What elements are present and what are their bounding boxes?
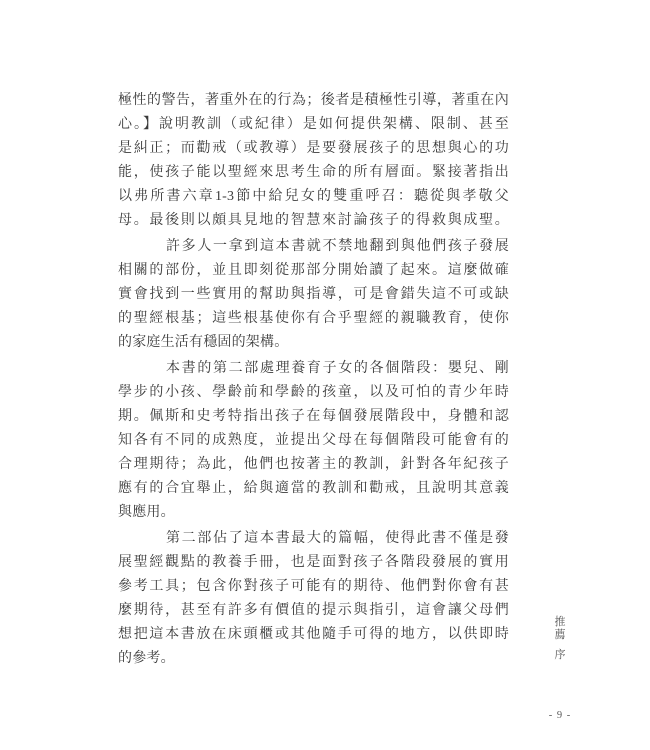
- text-line: 的家庭生活有穩固的架構。: [118, 331, 509, 355]
- text-line: 第二部佔了這本書最大的篇幅，使得此書不僅是發: [118, 527, 509, 551]
- text-line: 極性的警告，著重外在的行為；後者是積極性引導，著重在內: [118, 89, 509, 113]
- text-line: 知各有不同的成熟度，並提出父母在每個階段可能會有的: [118, 429, 509, 453]
- text-line: 能，使孩子能以聖經來思考生命的所有層面。緊接著指出: [118, 161, 509, 185]
- text-line: 參考工具；包含你對孩子可能有的期待、他們對你會有甚: [118, 575, 509, 599]
- page-number: - 9 -: [538, 710, 582, 721]
- text-line: 應有的合宜舉止，給與適當的教訓和勸戒，且說明其意義: [118, 477, 509, 501]
- paragraph: 許多人一拿到這本書就不禁地翻到與他們孩子發展相關的部份，並且即刻從那部分開始讀了…: [118, 235, 509, 355]
- text-line: 許多人一拿到這本書就不禁地翻到與他們孩子發展: [118, 235, 509, 259]
- text-line: 以弗所書六章1-3節中給兒女的雙重呼召：聽從與孝敬父: [118, 185, 509, 209]
- text-line: 學步的小孩、學齡前和學齡的孩童，以及可怕的青少年時: [118, 381, 509, 405]
- text-line: 的聖經根基；這些根基使你有合乎聖經的親職教育，使你: [118, 307, 509, 331]
- text-line: 是糾正；而勸戒（或教導）是要發展孩子的思想與心的功: [118, 137, 509, 161]
- chapter-label-char: 序: [553, 649, 567, 662]
- text-line: 實會找到一些實用的幫助與指導，可是會錯失這不可或缺: [118, 283, 509, 307]
- text-line: 與應用。: [118, 501, 509, 525]
- text-line: 本書的第二部處理養育子女的各個階段：嬰兒、剛: [118, 357, 509, 381]
- text-line: 心。】說明教訓（或紀律）是如何提供架構、限制、甚至: [118, 113, 509, 137]
- book-page: 極性的警告，著重外在的行為；後者是積極性引導，著重在內心。】說明教訓（或紀律）是…: [0, 0, 650, 750]
- paragraph: 第二部佔了這本書最大的篇幅，使得此書不僅是發展聖經觀點的教養手冊，也是面對孩子各…: [118, 527, 509, 671]
- text-line: 展聖經觀點的教養手冊，也是面對孩子各階段發展的實用: [118, 551, 509, 575]
- text-line: 合理期待；為此，他們也按著主的教訓，針對各年紀孩子: [118, 453, 509, 477]
- text-line: 想把這本書放在床頭櫃或其他隨手可得的地方，以供即時: [118, 623, 509, 647]
- paragraph: 極性的警告，著重外在的行為；後者是積極性引導，著重在內心。】說明教訓（或紀律）是…: [118, 89, 509, 233]
- text-line: 麼期待，甚至有許多有價值的提示與指引，這會讓父母們: [118, 599, 509, 623]
- paragraph: 本書的第二部處理養育子女的各個階段：嬰兒、剛學步的小孩、學齡前和學齡的孩童，以及…: [118, 357, 509, 525]
- text-line: 相關的部份，並且即刻從那部分開始讀了起來。這麼做確: [118, 259, 509, 283]
- text-line: 母。最後則以頗具見地的智慧來討論孩子的得救與成聖。: [118, 209, 509, 233]
- chapter-label-vertical: 推 薦 序: [553, 616, 567, 662]
- text-line: 的參考。: [118, 647, 509, 671]
- chapter-label-char: 推: [553, 616, 567, 629]
- text-block: 極性的警告，著重外在的行為；後者是積極性引導，著重在內心。】說明教訓（或紀律）是…: [118, 89, 509, 671]
- text-line: 期。佩斯和史考特指出孩子在每個發展階段中，身體和認: [118, 405, 509, 429]
- chapter-label-char: 薦: [553, 629, 567, 642]
